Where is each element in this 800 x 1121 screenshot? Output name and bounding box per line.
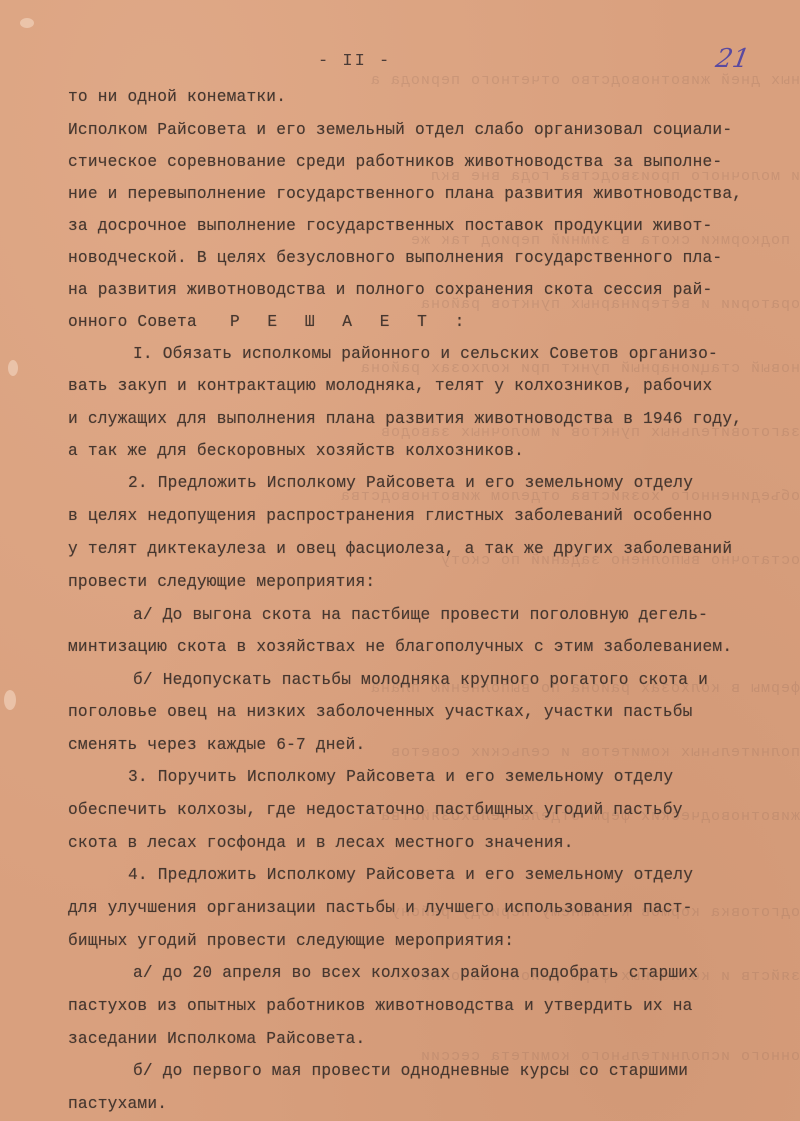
text-line: 3. Поручить Исполкому Райсовета и его зе… (128, 768, 673, 786)
text-line: у телят диктекаулеза и овец фасциолеза, … (68, 540, 732, 558)
text-line: ние и перевыполнение государственного пл… (68, 185, 742, 203)
text-line: за досрочное выполнение государственных … (68, 217, 712, 235)
text-line: пастухами. (68, 1095, 167, 1113)
text-line: на развития животноводства и полного сох… (68, 281, 712, 299)
text-line: I. Обязать исполкомы районного и сельски… (133, 345, 718, 363)
text-line: то ни одной конематки. (68, 88, 286, 106)
text-line: в целях недопущения распространения глис… (68, 507, 712, 525)
page-number: - II - (318, 52, 391, 71)
text-line: а так же для бескоровных хозяйств колхоз… (68, 442, 524, 460)
text-line: и служащих для выполнения плана развития… (68, 410, 742, 428)
text-line: минтизацию скота в хозяйствах не благопо… (68, 638, 732, 656)
text-line: скота в лесах госфонда и в лесах местног… (68, 834, 574, 852)
text-line: провести следующие мероприятия: (68, 573, 375, 591)
paper-stain (8, 360, 18, 376)
text-line: заседании Исполкома Райсовета. (68, 1030, 365, 1048)
text-line: поголовье овец на низких заболоченных уч… (68, 703, 693, 721)
text-line: б/ Недопускать пастьбы молодняка крупног… (133, 671, 708, 689)
text-line: онного Совета (68, 313, 197, 331)
text-line: обеспечить колхозы, где недостаточно пас… (68, 801, 683, 819)
text-line: вать закуп и контрактацию молодняка, тел… (68, 377, 712, 395)
paper-stain (20, 18, 34, 28)
text-line: б/ до первого мая провести однодневные к… (133, 1062, 688, 1080)
text-line: для улучшения организации пастьбы и лучш… (68, 899, 693, 917)
text-line: бищных угодий провести следующие меропри… (68, 932, 514, 950)
paper-stain (4, 690, 16, 710)
text-line: новодческой. В целях безусловного выполн… (68, 249, 722, 267)
text-line: а/ до 20 апреля во всех колхозах района … (133, 964, 698, 982)
text-line: 4. Предложить Исполкому Райсовета и его … (128, 866, 693, 884)
resolves-heading: Р Е Ш А Е Т : (230, 313, 473, 331)
handwritten-folio-number: 21 (713, 44, 751, 74)
text-line: стическое соревнование среди работников … (68, 153, 722, 171)
text-line: Исполком Райсовета и его земельный отдел… (68, 121, 732, 139)
text-line: 2. Предложить Исполкому Райсовета и его … (128, 474, 693, 492)
text-line: сменять через каждые 6-7 дней. (68, 736, 365, 754)
text-line: пастухов из опытных работников животново… (68, 997, 693, 1015)
text-line: а/ До выгона скота на пастбище провести … (133, 606, 708, 624)
